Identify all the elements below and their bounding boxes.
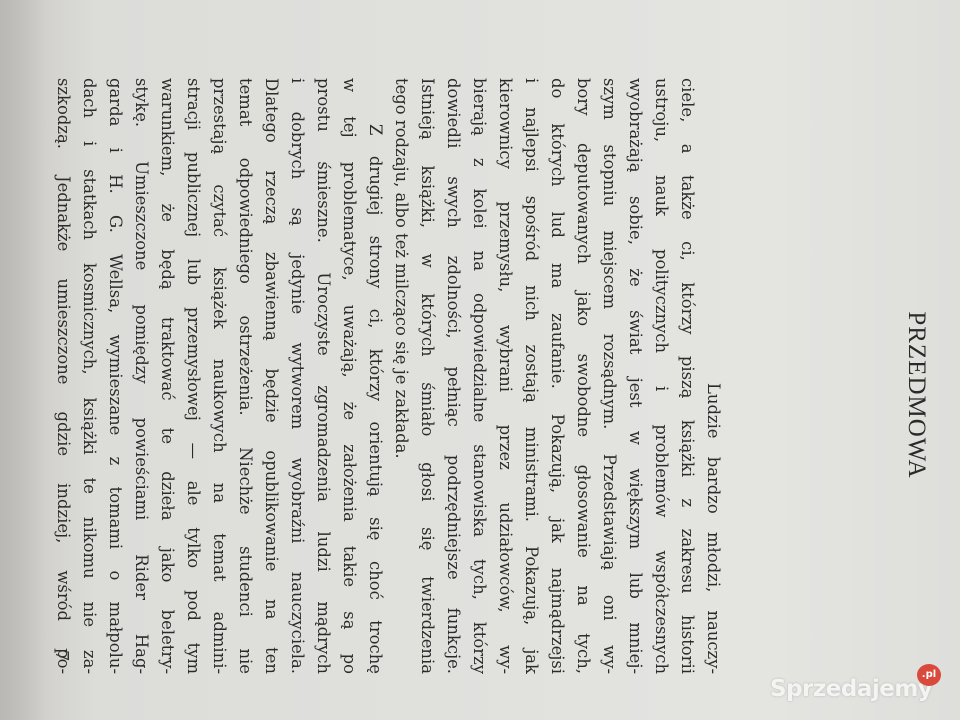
text-line: wyobrażają sobie, że świat jest w większ…: [622, 78, 648, 674]
text-line: bierają z kolei na odpowiedzialne stanow…: [466, 78, 492, 674]
text-line: i najlepsi spośród nich zostają ministra…: [518, 78, 544, 674]
text-line: prostu śmieszne. Uroczyste zgromadzenia …: [310, 78, 336, 674]
text-line: ustroju, nauk politycznych i problemów w…: [648, 78, 674, 674]
text-line: Istnieją książki, w których śmiało głosi…: [414, 78, 440, 674]
text-line: Z drugiej strony ci, którzy orientują si…: [362, 78, 388, 674]
book-page-photo: PRZEDMOWA Ludzie bardzo młodzi, nauczy- …: [0, 0, 960, 720]
text-line: bory deputowanych jako swobodne głosowan…: [570, 78, 596, 674]
text-line: Dlatego rzeczą zbawienną będzie opubliko…: [258, 78, 284, 674]
text-line: w tej problematyce, uważają, że założeni…: [336, 78, 362, 674]
watermark-logo: Sprzedajemy: [770, 676, 932, 702]
text-line: warunkiem, że będą traktować te dzieła j…: [154, 78, 180, 674]
text-line: kierownicy przemysłu, wybrani przez udzi…: [492, 78, 518, 674]
text-line: Ludzie bardzo młodzi, nauczy-: [700, 78, 726, 674]
text-line: szym stopniu miejscem rozsądnym. Przedst…: [596, 78, 622, 674]
text-line: przestają czytać książek naukowych na te…: [206, 78, 232, 674]
text-line: dach i statkach kosmicznych, książki te …: [76, 78, 102, 674]
text-line: tego rodzaju, albo też milcząco się je z…: [388, 78, 414, 674]
text-line: stykę. Umieszczone pomiędzy powieściami …: [128, 78, 154, 674]
text-line: stracji publicznej lub przemysłowej — al…: [180, 78, 206, 674]
text-line: temat odpowiedniego ostrzeżenia. Niechże…: [232, 78, 258, 674]
page-number: 7: [51, 650, 72, 661]
text-line: garda i H. G. Wellsa, wymieszane z tomam…: [102, 78, 128, 674]
body-text: Ludzie bardzo młodzi, nauczy- ciele, a t…: [50, 78, 726, 674]
text-line: ciele, a także ci, którzy piszą książki …: [674, 78, 700, 674]
chapter-title: PRZEDMOWA: [902, 285, 930, 505]
text-line: do których lud ma zaufanie. Pokazują, ja…: [544, 78, 570, 674]
rotated-book-page: PRZEDMOWA Ludzie bardzo młodzi, nauczy- …: [0, 0, 960, 720]
text-line: szkodzą. Jednakże umieszczone gdzie indz…: [50, 78, 76, 674]
text-line: dowiedli swych zdolności, pełniąc podrzę…: [440, 78, 466, 674]
text-line: i dobrych są jedynie wytworem wyobraźni …: [284, 78, 310, 674]
watermark-badge: .pl: [917, 664, 941, 686]
